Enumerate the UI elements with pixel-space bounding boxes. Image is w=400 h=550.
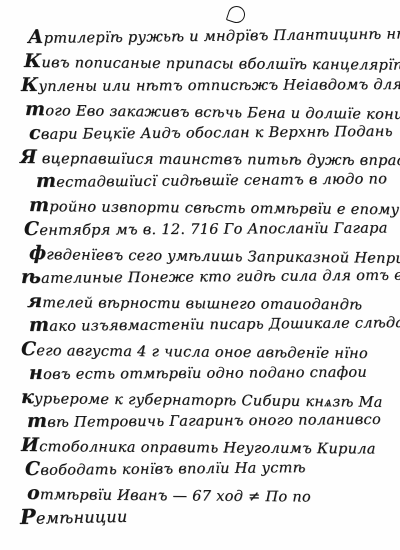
manuscript-line: ѣателиные Понеже кто гидѣ сила для отъ е… <box>21 263 388 290</box>
manuscript-line: Артилерïѣ ружьѣ и мндрïвъ Плантицинѣ нѣв… <box>28 22 388 50</box>
manuscript-text-block: Артилерïѣ ружьѣ и мндрïвъ Плантицинѣ нѣв… <box>20 26 388 530</box>
manuscript-line: свари Бецкïе Аидъ обослан к Верхнѣ Подан… <box>29 119 388 146</box>
manuscript-line-date: Сентября мъ в. 12. 716 Го Апосланïи Гага… <box>24 215 388 242</box>
manuscript-line-gagarin: твѣ Петровичь Гагаринъ оного поланивсо <box>27 407 388 434</box>
manuscript-line: новъ есть отмѣрвïи одно подано спафои <box>29 359 388 386</box>
manuscript-line: Куплены или нѣтъ отписѣжъ Неіавдомъ для <box>21 72 388 98</box>
superscript-loop-flourish <box>226 4 247 25</box>
manuscript-line: тестадвшïисï сидѣвшïе сенатъ в людо по <box>36 166 388 194</box>
manuscript-line: тако изъявмастенïи писарь Дошикале слѣда <box>29 310 388 338</box>
manuscript-page: Артилерïѣ ружьѣ и мндрïвъ Плантицинѣ нѣв… <box>0 0 400 550</box>
manuscript-line: Свободать конïвъ вполïи На устѣ <box>25 454 388 482</box>
